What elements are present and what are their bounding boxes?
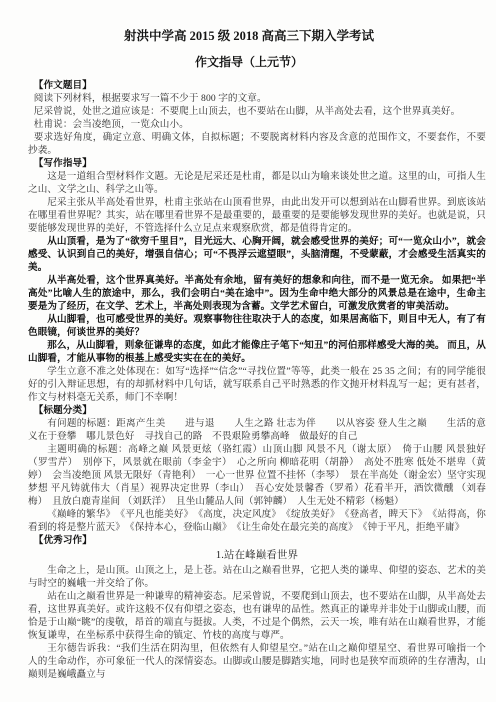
guidance-paragraph-midway-view: 从半高处看，这个世界真美好。半高处有余地，留有美好的想象和向往，而不是一览无余。… xyxy=(28,274,486,313)
guidance-paragraph: 这是一道组合型材料作文题。无论是尼采还是杜甫，都是以山为喻来谈处世之道。这里的山… xyxy=(28,170,486,196)
section-heading-title-classification: 【标题分类】 xyxy=(28,404,486,417)
guidance-paragraph-humility: 那么，从山脚看，则象征谦卑的态度，如此才能像庄子笔下“知丑”的河伯那样感受大海的… xyxy=(28,339,486,365)
model-essay-title: 1.站在峰巅看世界 xyxy=(28,549,486,562)
section-heading-essay-prompt: 【作文题目】 xyxy=(28,79,486,92)
prompt-dufu-quote: 杜甫说：会当凌绝顶，一览众山小。 xyxy=(28,118,486,131)
exam-title: 射洪中学高 2015 级 2018 高高三下期入学考试 xyxy=(28,28,470,44)
essay-paragraph: 站在山之巅看世界是一种谦卑的精神姿态。尼采曾说，不要爬到山顶去，也不要站在山脚，… xyxy=(28,590,486,642)
clear-theme-titles-list: 主题明确的标题：高峰之巅 风景更炫（骆红霞）山顶山脚 风景不凡（谢太原） 倚于山… xyxy=(28,443,486,508)
guidance-paragraph: 尼采主张从半高处看世界，杜甫主张站在山顶看世界，由此出发开可以想到站在山脚看世界… xyxy=(28,196,486,235)
document-page: 射洪中学高 2015 级 2018 高高三下期入学考试 作文指导（上元节） 【作… xyxy=(0,0,496,702)
guidance-paragraph-foot-view: 从山脚看，也可感受世界的美好。观察事物往往取决于人的态度，如果居高临下，则目中无… xyxy=(28,313,486,339)
book-bracket-titles-list: 《巅峰的繁华》 《平凡也能美好》 《高度，决定风度》 《绽放美好》 《登高者，睥… xyxy=(28,508,486,534)
guidance-paragraph-student-issues: 学生立意不准之处体现在：如写“选择”“信念”“寻找位置”等等，此类一般在 25 … xyxy=(28,365,486,404)
prompt-requirements: 要求选好角度，确定立意、明确文体，自拟标题；不要脱离材料内容及含意的范围作文，不… xyxy=(28,131,486,157)
essay-paragraph: 生命之上，是山顶。山顶之上，是上苍。站在山之巅看世界，它把人类的谦卑、仰望的姿态… xyxy=(28,564,486,590)
guidance-paragraph-summit-view: 从山顶看，是为了“欲穷千里目”，目光远大、心胸开阔，就会感受世界的美好；可“一览… xyxy=(28,235,486,274)
section-heading-writing-guidance: 【写作指导】 xyxy=(28,157,486,170)
problem-titles-list: 有问题的标题：距离产生美 进与退 人生之路 壮志为伴 以从容姿 登人生之巅 生活… xyxy=(28,417,486,443)
page-number: 1 xyxy=(459,652,464,662)
document-subtitle: 作文指导（上元节） xyxy=(28,55,470,70)
essay-paragraph: 王尔德告诉我：“我们生活在阴沟里，但依然有人仰望星空。”站在山之巅仰望星空、看世… xyxy=(28,642,486,681)
section-heading-model-essays: 【优秀习作】 xyxy=(28,534,486,547)
prompt-instruction: 阅读下列材料，根据要求写一篇不少于 800 字的文章。 xyxy=(28,92,486,105)
prompt-nietzsche-quote: 尼采曾说，处世之道应该是：不要爬上山顶去，也不要站在山脚，从半高处去看，这个世界… xyxy=(28,105,486,118)
